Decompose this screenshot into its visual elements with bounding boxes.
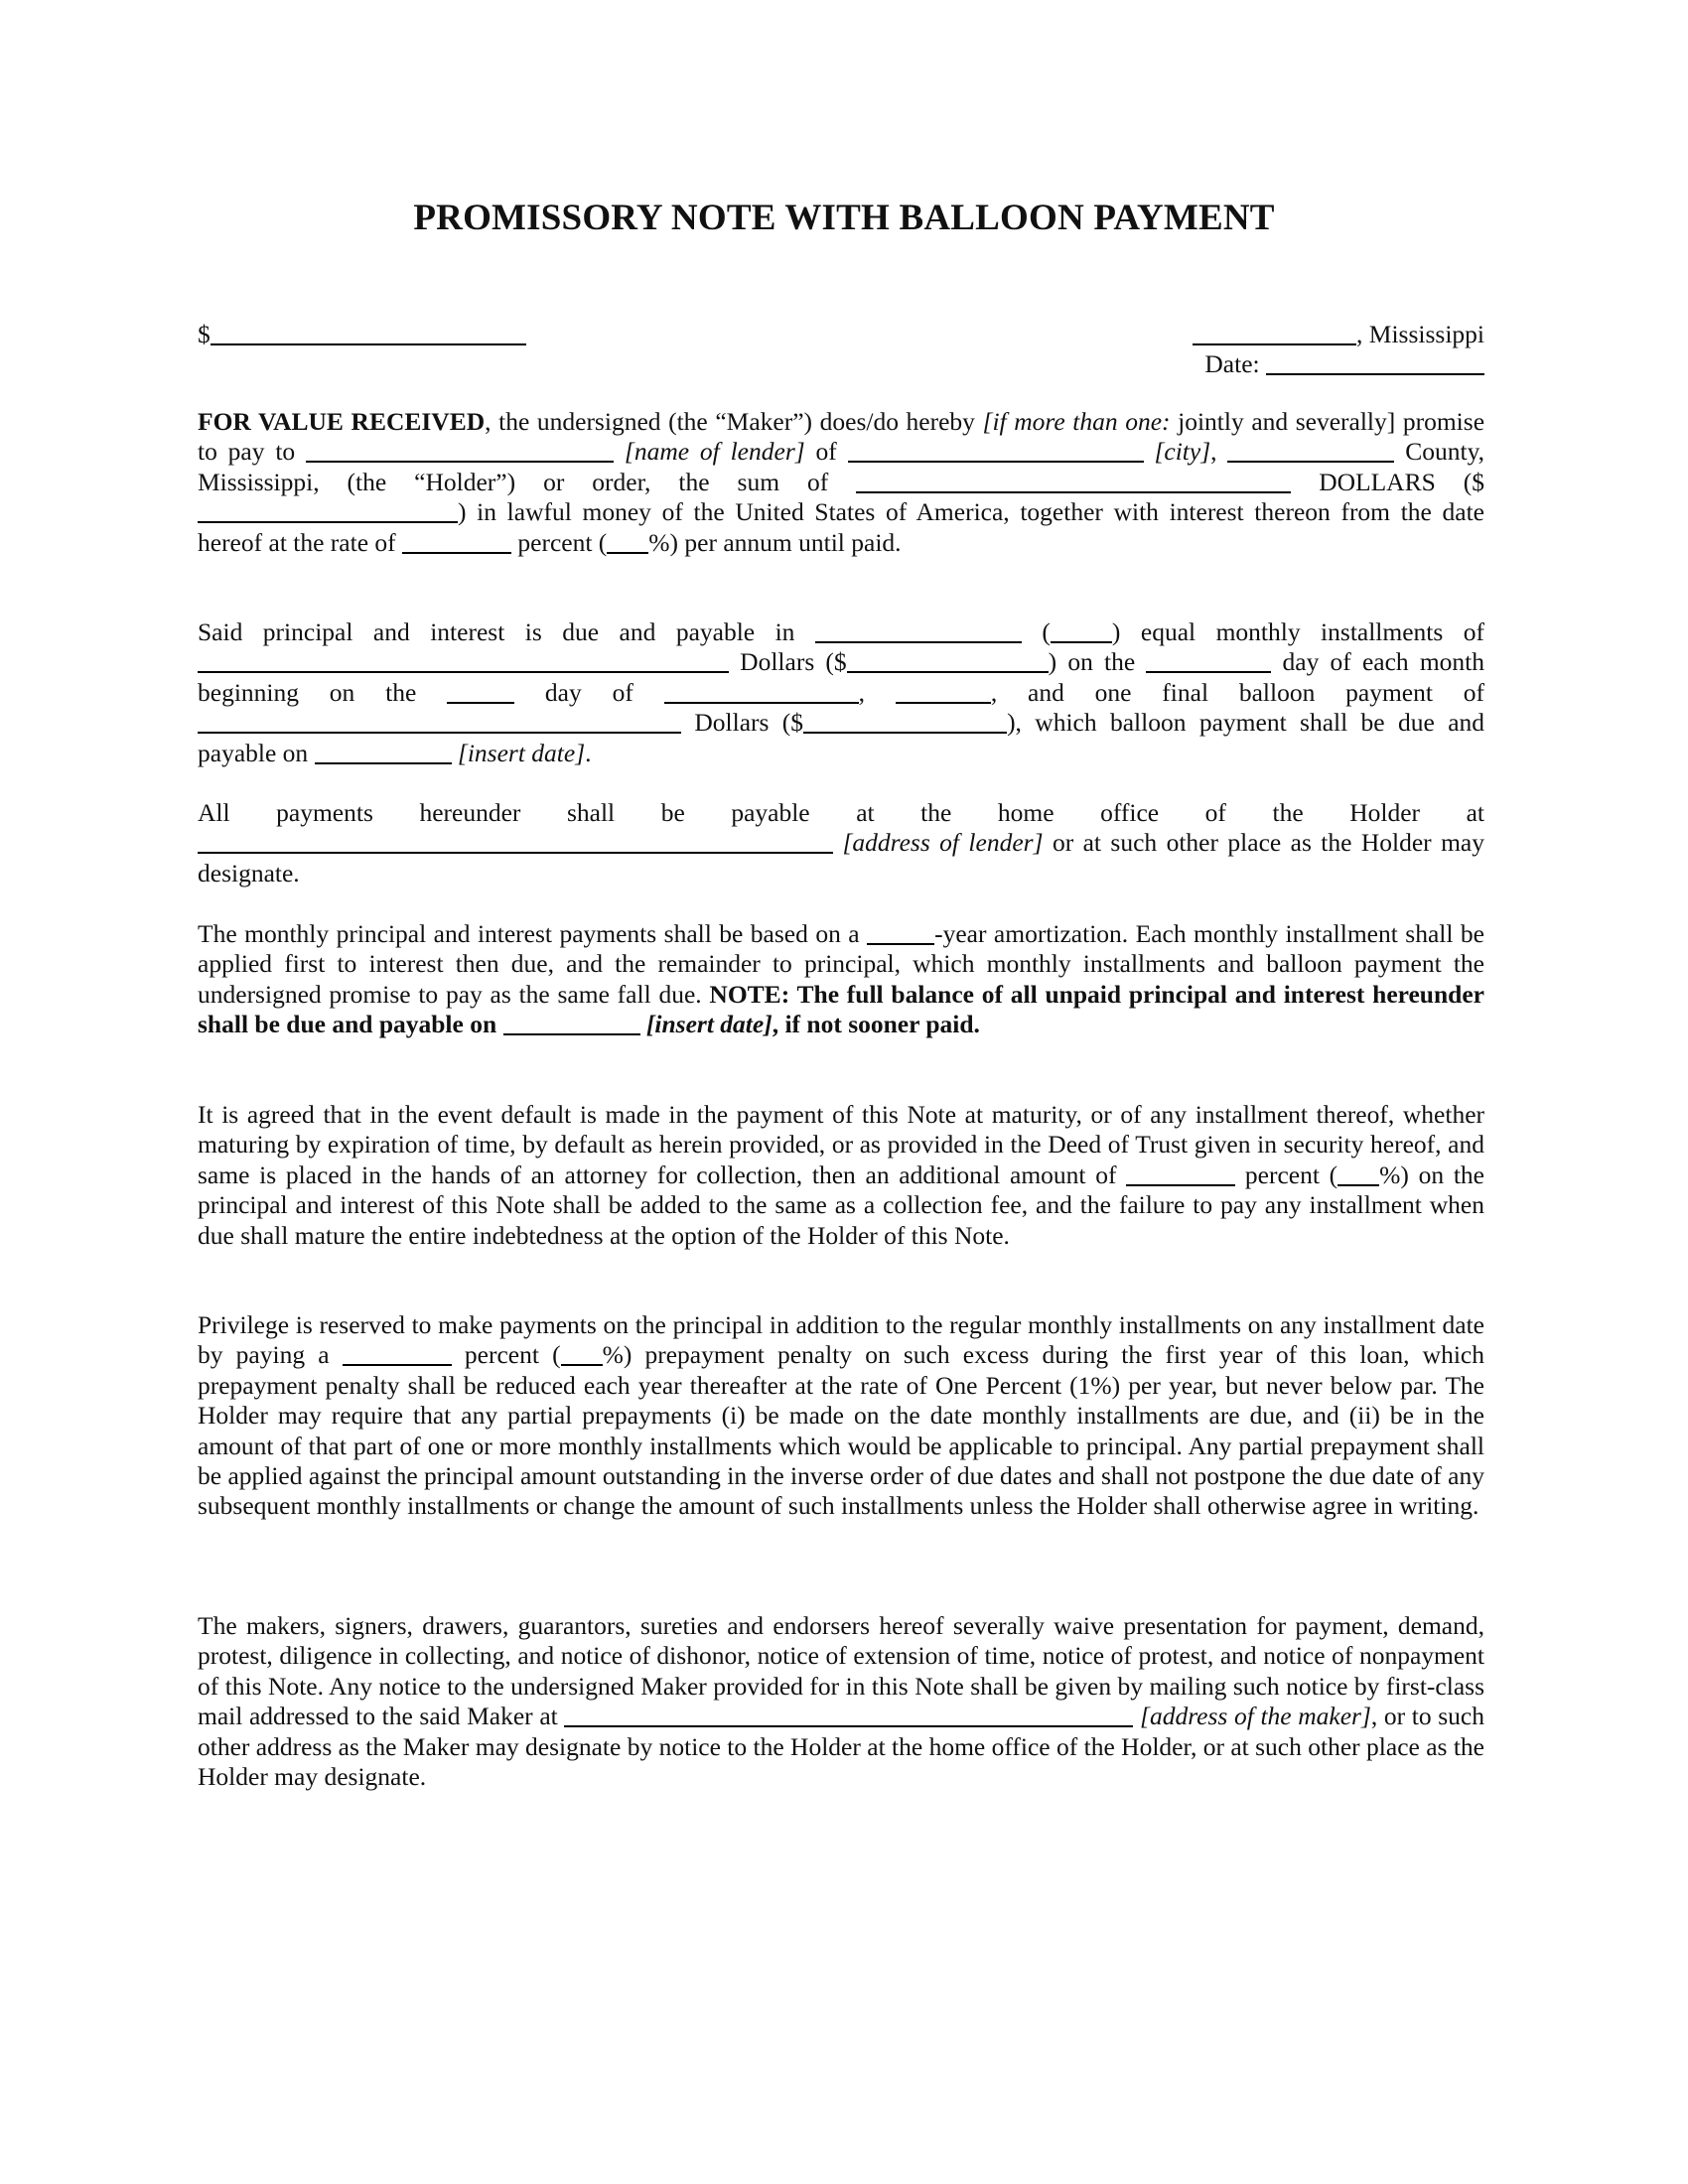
amortization-years-blank[interactable] bbox=[867, 921, 934, 945]
sum-number-blank[interactable] bbox=[198, 499, 458, 523]
installment-amount-number-blank[interactable] bbox=[847, 649, 1049, 673]
dollar-sign: $ bbox=[198, 320, 211, 348]
amount-field-group: $ bbox=[198, 320, 526, 349]
collection-fee-words-blank[interactable] bbox=[1126, 1162, 1235, 1186]
text: DOLLARS ($ bbox=[1291, 468, 1484, 496]
lender-name-blank[interactable] bbox=[306, 439, 614, 463]
start-year-blank[interactable] bbox=[896, 680, 991, 704]
document-header: $ , Mississippi Date: bbox=[198, 320, 1484, 389]
payment-day-blank[interactable] bbox=[1146, 649, 1271, 673]
text: , and one final balloon payment of bbox=[991, 678, 1484, 707]
text: The monthly principal and interest payme… bbox=[198, 919, 867, 948]
balloon-amount-number-blank[interactable] bbox=[803, 710, 1007, 734]
balloon-amount-words-blank[interactable] bbox=[198, 710, 681, 734]
lender-city-blank[interactable] bbox=[848, 439, 1144, 463]
maker-address-blank[interactable] bbox=[564, 1704, 1133, 1727]
date-label: Date: bbox=[1204, 349, 1259, 378]
bold-lead: FOR VALUE RECEIVED bbox=[198, 407, 485, 436]
instruction-text: [insert date] bbox=[646, 1010, 773, 1038]
document-title: PROMISSORY NOTE WITH BALLOON PAYMENT bbox=[0, 197, 1688, 239]
instruction-text: [city] bbox=[1154, 437, 1210, 466]
paragraph-waiver: The makers, signers, drawers, guarantors… bbox=[198, 1611, 1484, 1792]
balloon-date-blank[interactable] bbox=[315, 741, 452, 764]
text: percent ( bbox=[511, 528, 607, 557]
county-blank[interactable] bbox=[1227, 439, 1394, 463]
text: Said principal and interest is due and p… bbox=[198, 617, 815, 646]
paragraph-payment-place: All payments hereunder shall be payable … bbox=[198, 798, 1484, 888]
city-blank[interactable] bbox=[1193, 322, 1356, 345]
instruction-text: [insert date] bbox=[458, 739, 585, 767]
amount-blank[interactable] bbox=[211, 322, 526, 345]
lender-address-blank[interactable] bbox=[198, 830, 833, 854]
rate-number-blank[interactable] bbox=[607, 530, 648, 554]
instruction-text: [address of the maker] bbox=[1140, 1702, 1371, 1730]
place-field-group: , Mississippi bbox=[1193, 320, 1484, 349]
place-state: , Mississippi bbox=[1356, 320, 1484, 348]
paragraph-amortization: The monthly principal and interest payme… bbox=[198, 919, 1484, 1040]
document-page: PROMISSORY NOTE WITH BALLOON PAYMENT $ ,… bbox=[0, 0, 1688, 2184]
text: %) per annum until paid. bbox=[648, 528, 901, 557]
text: percent ( bbox=[1235, 1160, 1337, 1189]
sum-words-blank[interactable] bbox=[856, 470, 1291, 493]
start-month-blank[interactable] bbox=[664, 680, 859, 704]
text: ) on the bbox=[1049, 647, 1147, 676]
text: , bbox=[1210, 437, 1216, 466]
installment-count-words-blank[interactable] bbox=[815, 619, 1022, 643]
date-blank[interactable] bbox=[1266, 351, 1484, 375]
prepayment-penalty-number-blank[interactable] bbox=[561, 1342, 603, 1366]
text: , bbox=[859, 678, 896, 707]
paragraph-installments: Said principal and interest is due and p… bbox=[198, 617, 1484, 768]
text: All payments hereunder shall be payable … bbox=[198, 798, 1484, 827]
instruction-text: [name of lender] bbox=[625, 437, 805, 466]
text: Dollars ($ bbox=[681, 708, 803, 737]
collection-fee-number-blank[interactable] bbox=[1337, 1162, 1379, 1186]
text: %) prepayment penalty on such excess dur… bbox=[198, 1340, 1484, 1520]
installment-amount-words-blank[interactable] bbox=[198, 649, 729, 673]
paragraph-prepayment: Privilege is reserved to make payments o… bbox=[198, 1310, 1484, 1522]
text: day of bbox=[514, 678, 664, 707]
paragraph-default: It is agreed that in the event default i… bbox=[198, 1100, 1484, 1251]
text: ( bbox=[1022, 617, 1051, 646]
text: . bbox=[585, 739, 591, 767]
text: of bbox=[805, 437, 848, 466]
text: ) equal monthly installments of bbox=[1112, 617, 1484, 646]
instruction-text: [if more than one: bbox=[983, 407, 1171, 436]
prepayment-penalty-words-blank[interactable] bbox=[343, 1342, 452, 1366]
instruction-text: [address of lender] bbox=[842, 828, 1043, 857]
bold-note: , if not sooner paid. bbox=[773, 1010, 980, 1038]
maturity-date-blank[interactable] bbox=[503, 1012, 640, 1035]
start-day-blank[interactable] bbox=[447, 680, 514, 704]
text: percent ( bbox=[452, 1340, 561, 1369]
installment-count-number-blank[interactable] bbox=[1051, 619, 1112, 643]
date-field-group: Date: bbox=[1204, 349, 1484, 379]
text: , the undersigned (the “Maker”) does/do … bbox=[485, 407, 982, 436]
rate-words-blank[interactable] bbox=[402, 530, 511, 554]
text: Dollars ($ bbox=[729, 647, 847, 676]
paragraph-value-received: FOR VALUE RECEIVED, the undersigned (the… bbox=[198, 407, 1484, 558]
